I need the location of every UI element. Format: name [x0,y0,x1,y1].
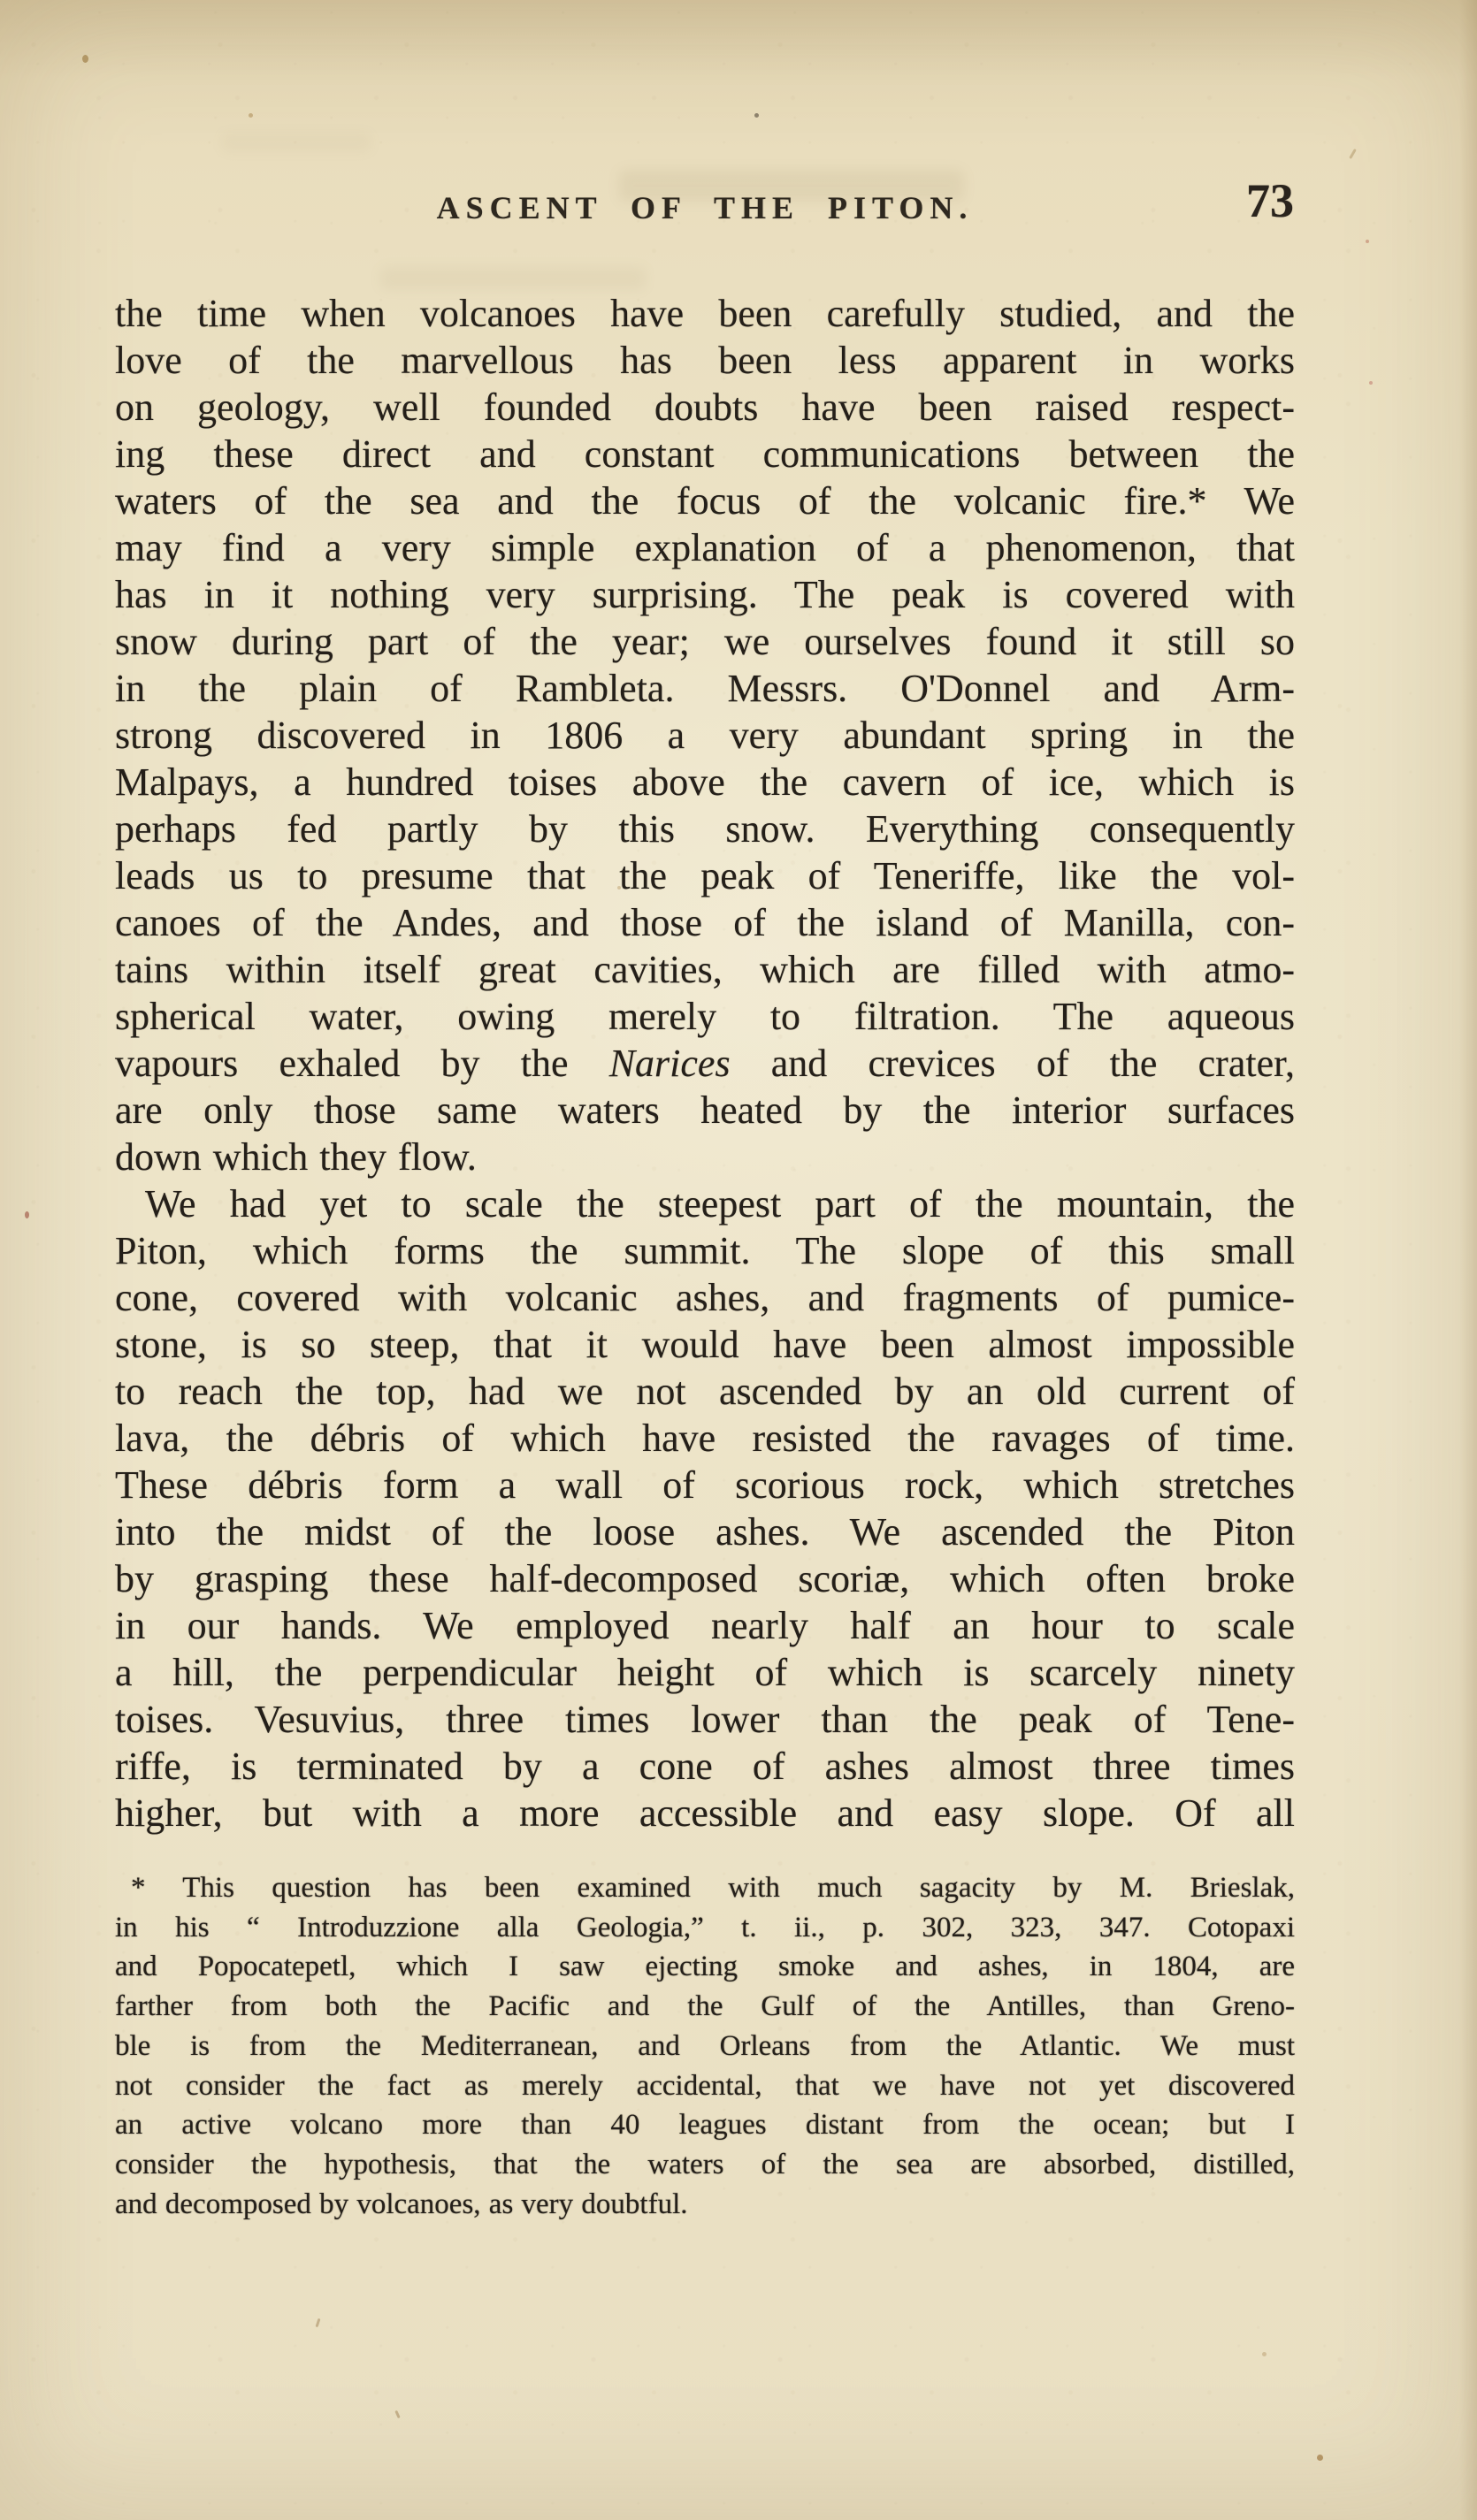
body-line: to reach the top, had we not ascended by… [115,1368,1295,1415]
paper-speck [1369,381,1373,385]
running-header: ASCENT OF THE PITON. [115,189,1295,226]
paper-speck [249,113,253,118]
show-through-smudge [221,133,371,152]
body-line: down which they flow. [115,1134,1295,1180]
body-line: into the midst of the loose ashes. We as… [115,1508,1295,1555]
body-line: snow during part of the year; we ourselv… [115,618,1295,665]
footnote-line: farther from both the Pacific and the Gu… [115,1987,1295,2027]
footnote-line: in his “ Introduzzione alla Geologia,” t… [115,1908,1295,1948]
body-line: cone, covered with volcanic ashes, and f… [115,1274,1295,1321]
body-line: stone, is so steep, that it would have b… [115,1321,1295,1368]
body-line: canoes of the Andes, and those of the is… [115,899,1295,946]
footnote-line: consider the hypothesis, that the waters… [115,2145,1295,2185]
paper-speck [82,55,88,63]
body-line: riffe, is terminated by a cone of ashes … [115,1743,1295,1790]
footnote: * This question has been examined with m… [115,1868,1295,2224]
paper-speck [1317,2455,1323,2461]
scan-edge-shadow-top [0,0,1477,80]
body-line: in our hands. We employed nearly half an… [115,1602,1295,1649]
body-line: spherical water, owing merely to filtrat… [115,993,1295,1040]
paragraph-1: the time when volcanoes have been carefu… [115,290,1295,1180]
body-line: Piton, which forms the summit. The slope… [115,1227,1295,1274]
body-line: tains within itself great cavities, whic… [115,946,1295,993]
footnote-line: ble is from the Mediterranean, and Orlea… [115,2027,1295,2066]
paper-speck [1262,2352,1267,2356]
scanned-book-page: ASCENT OF THE PITON. 73 the time when vo… [0,0,1477,2520]
show-through-smudge [380,267,646,290]
body-line: Malpays, a hundred toises above the cave… [115,759,1295,806]
page-title: ASCENT OF THE PITON. [437,190,974,225]
footnote-line: and Popocatepetl, which I saw ejecting s… [115,1947,1295,1987]
body-line: These débris form a wall of scorious roc… [115,1462,1295,1508]
paper-speck [754,113,759,118]
body-line: leads us to presume that the peak of Ten… [115,852,1295,899]
body-line: love of the marvellous has been less app… [115,337,1295,384]
body-text: the time when volcanoes have been carefu… [115,290,1295,1837]
body-line: lava, the débris of which have resisted … [115,1415,1295,1462]
footnote-line: an active volcano more than 40 leagues d… [115,2105,1295,2145]
page-number: 73 [1246,173,1294,228]
body-line: strong discovered in 1806 a very abundan… [115,712,1295,759]
body-line: the time when volcanoes have been carefu… [115,290,1295,337]
body-line: a hill, the perpendicular height of whic… [115,1649,1295,1696]
body-line: on geology, well founded doubts have bee… [115,384,1295,431]
body-line: waters of the sea and the focus of the v… [115,477,1295,524]
paper-fibre [316,2318,321,2327]
footnote-line: and decomposed by volcanoes, as very dou… [115,2185,1295,2225]
paper-fibre [394,2410,400,2418]
body-line: ing these direct and constant communicat… [115,431,1295,477]
paper-fibre [1349,149,1357,159]
footnote-line: not consider the fact as merely accident… [115,2066,1295,2106]
body-line: We had yet to scale the steepest part of… [115,1180,1295,1227]
body-line: vapours exhaled by the Narices and crevi… [115,1040,1295,1087]
body-line: may find a very simple explanation of a … [115,524,1295,571]
body-line: perhaps fed partly by this snow. Everyth… [115,806,1295,852]
body-line: are only those same waters heated by the… [115,1087,1295,1134]
footnote-line: * This question has been examined with m… [115,1868,1295,1908]
body-line: higher, but with a more accessible and e… [115,1790,1295,1837]
paper-speck [25,1211,29,1218]
body-line: in the plain of Rambleta. Messrs. O'Donn… [115,665,1295,712]
body-line: by grasping these half-decomposed scoriæ… [115,1555,1295,1602]
body-line: toises. Vesuvius, three times lower than… [115,1696,1295,1743]
paragraph-2: We had yet to scale the steepest part of… [115,1180,1295,1837]
paper-speck [1366,240,1369,243]
scan-edge-shadow-right [1459,0,1477,2520]
body-line: has in it nothing very surprising. The p… [115,571,1295,618]
